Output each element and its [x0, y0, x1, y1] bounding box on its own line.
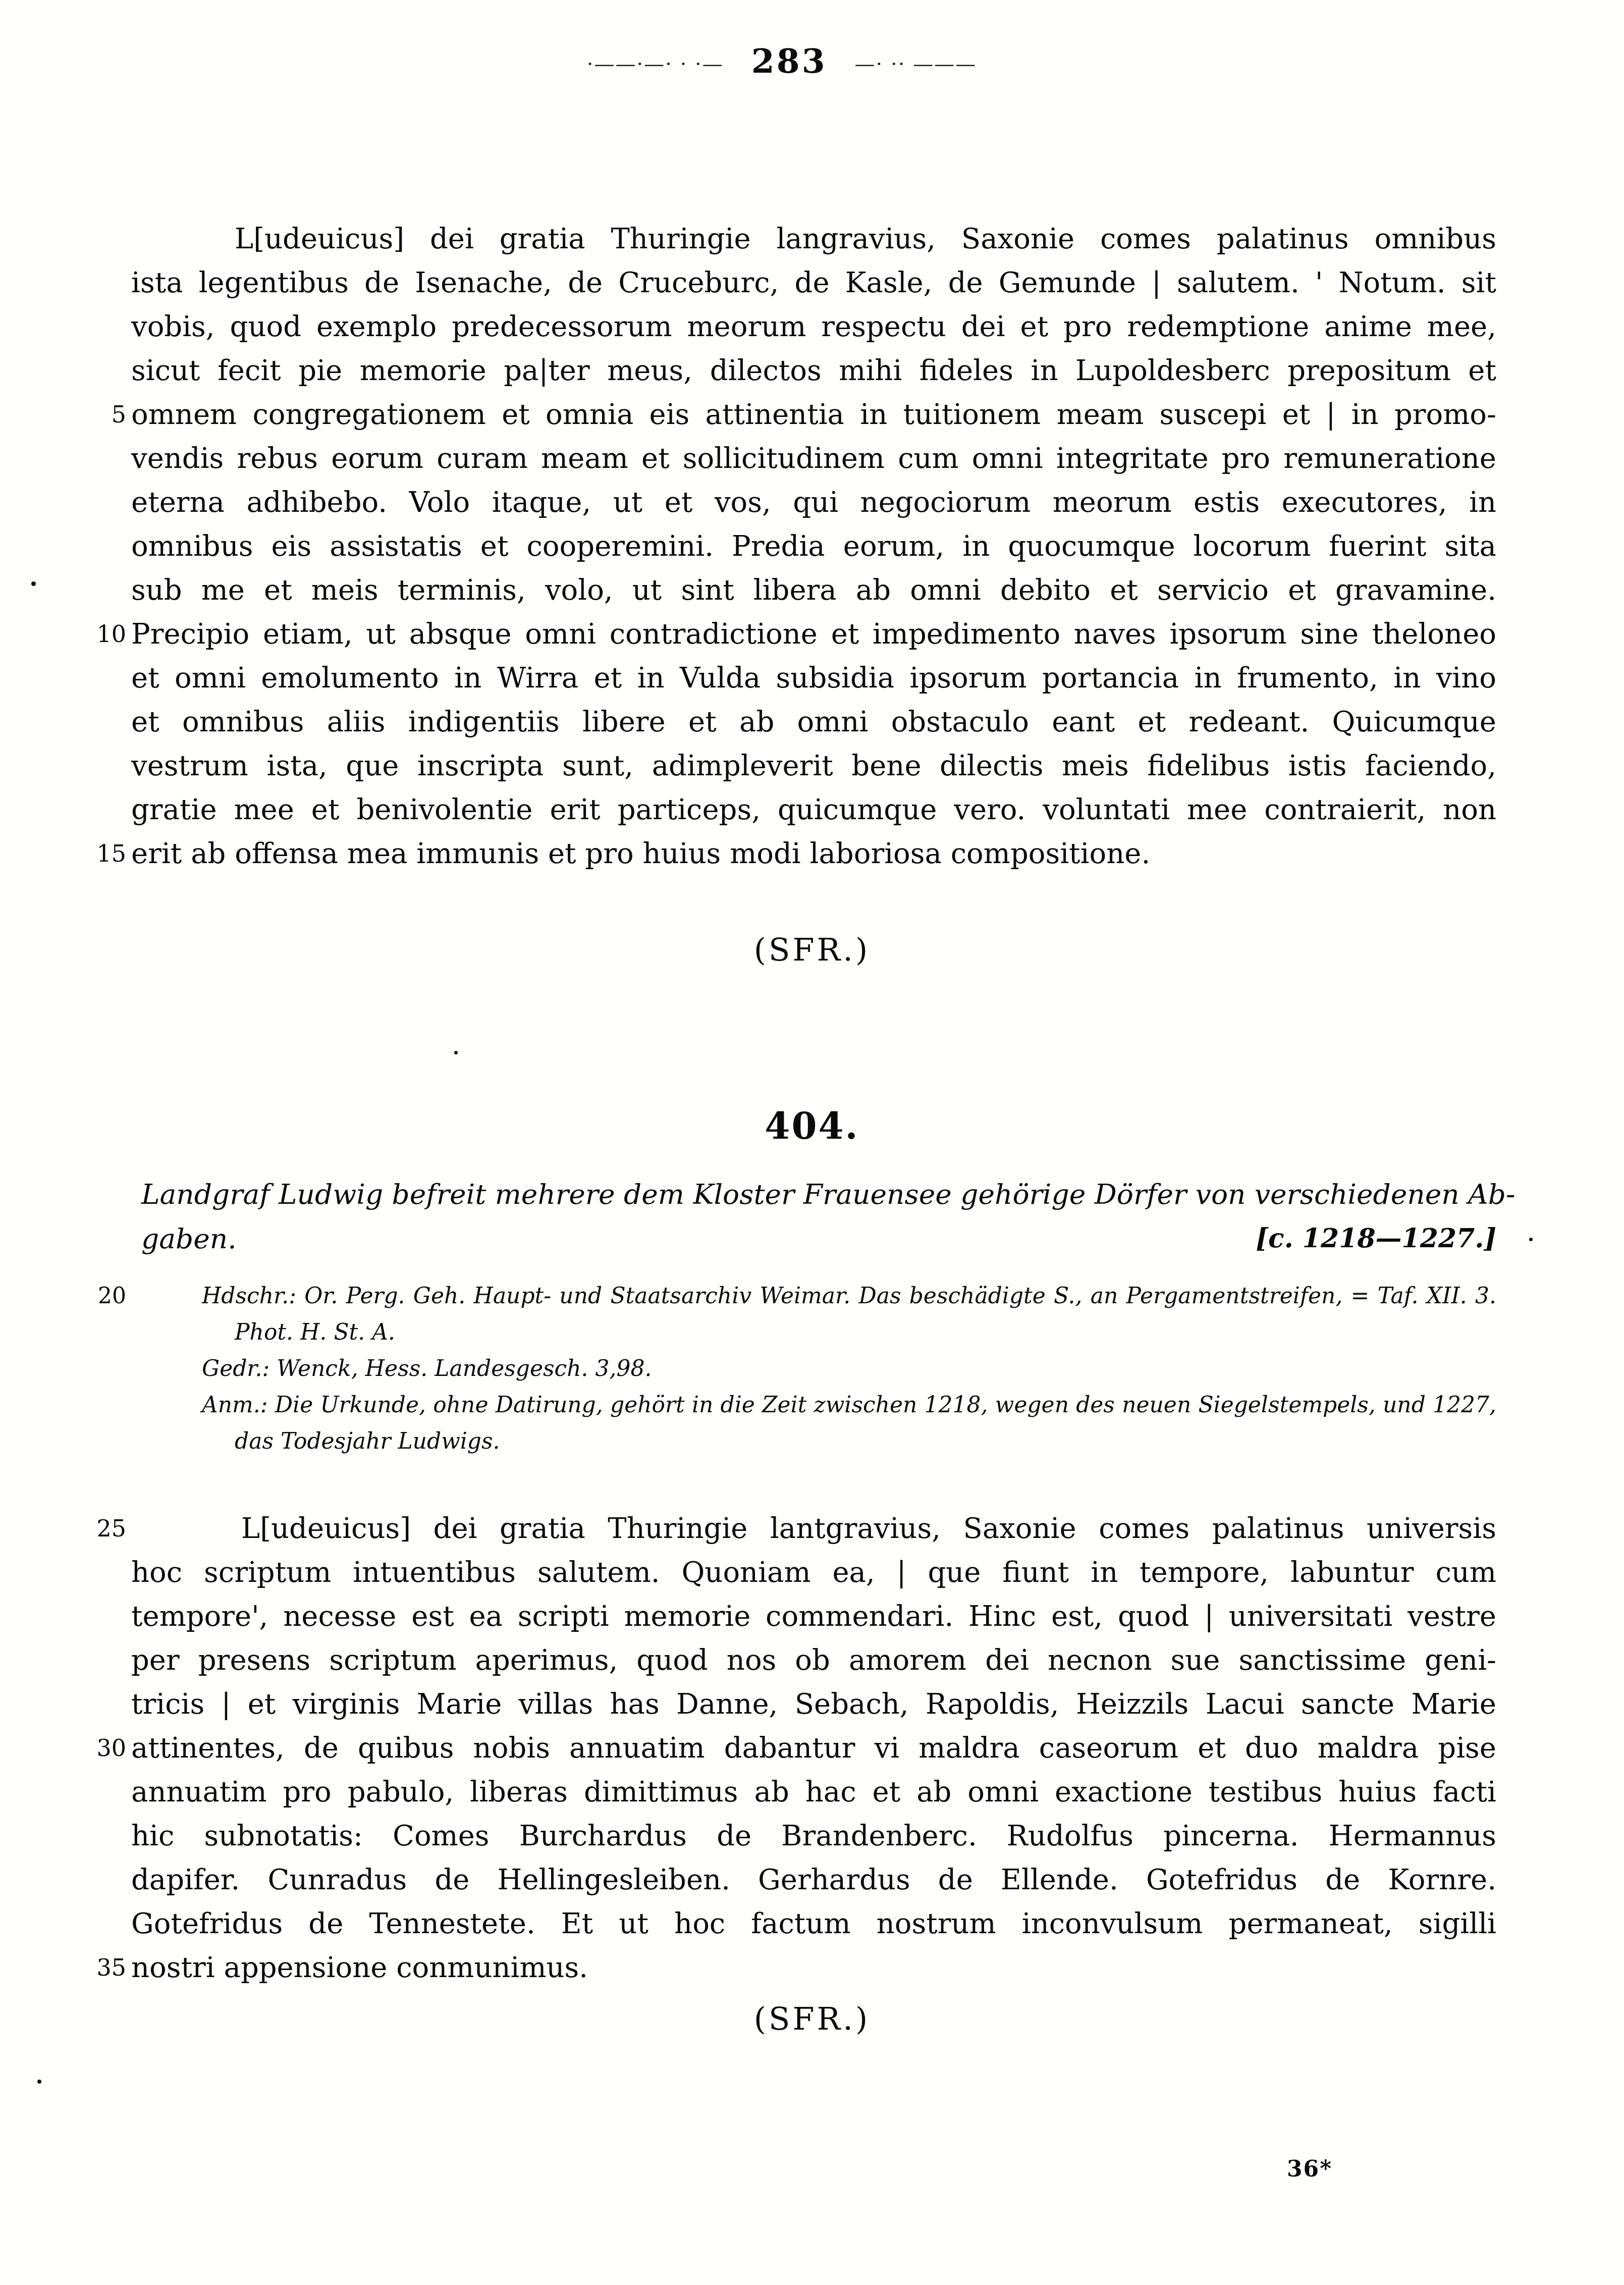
apparatus-line-gedr: Gedr.: Wenck, Hess. Landesgesch. 3,98.: [202, 1351, 1496, 1387]
text-line: vendis rebus eorum curam meam et sollici…: [131, 437, 1496, 481]
text-line: 25L[udeuicus] dei gratia Thuringie lantg…: [131, 1507, 1496, 1551]
header-rule-left: ·——·—· · ·—: [587, 52, 724, 76]
margin-line-number: 30: [76, 1726, 126, 1770]
margin-line-number: 25: [76, 1507, 126, 1551]
scanned-page: ·——·—· · ·— 283 —· ·· ——— L[udeuicus] de…: [0, 0, 1624, 2285]
margin-line-number: 20: [76, 1278, 126, 1314]
text-line: Gotefridus de Tennestete. Et ut hoc fact…: [131, 1902, 1496, 1946]
page-header: ·——·—· · ·— 283 —· ·· ———: [0, 41, 1594, 81]
ink-speck: [1529, 1238, 1533, 1241]
text-line: vobis, quod exemplo predecessorum meorum…: [131, 305, 1496, 349]
text-line: 35nostri appensione conmunimus.: [131, 1946, 1496, 1990]
charter-404-body: 25L[udeuicus] dei gratia Thuringie lantg…: [131, 1507, 1496, 1990]
charter-403-body: L[udeuicus] dei gratia Thuringie langrav…: [131, 217, 1496, 876]
regest-line: Landgraf Ludwig befreit mehrere dem Klos…: [141, 1172, 1496, 1216]
charter-404-regest: Landgraf Ludwig befreit mehrere dem Klos…: [141, 1172, 1496, 1261]
text-line: vestrum ista, que inscripta sunt, adimpl…: [131, 744, 1496, 788]
text-line: annuatim pro pabulo, liberas dimittimus …: [131, 1770, 1496, 1814]
text-line: sicut fecit pie memorie pa|ter meus, dil…: [131, 349, 1496, 393]
apparatus-line-anm-cont: das Todesjahr Ludwigs.: [235, 1423, 1496, 1460]
text-line: gratie mee et benivolentie erit particep…: [131, 788, 1496, 832]
header-rule-right: —· ·· ———: [855, 52, 977, 76]
text-line: tempore', necesse est ea scripti memorie…: [131, 1595, 1496, 1638]
text-line: omnibus eis assistatis et cooperemini. P…: [131, 524, 1496, 568]
apparatus-line-phot: Phot. H. St. A.: [235, 1314, 1496, 1351]
apparatus-line-hdschr: 20Hdschr.: Or. Perg. Geh. Haupt- und Sta…: [202, 1278, 1496, 1314]
text-line: et omni emolumento in Wirra et in Vulda …: [131, 656, 1496, 700]
ink-speck: [31, 581, 36, 586]
ink-speck: [454, 1051, 458, 1054]
text-line: 30attinentes, de quibus nobis annuatim d…: [131, 1726, 1496, 1770]
text-line: dapifer. Cunradus de Hellingesleiben. Ge…: [131, 1858, 1496, 1902]
page-number: 283: [751, 41, 827, 81]
seal-mark-404: (SFR.): [0, 2000, 1624, 2037]
margin-line-number: 5: [76, 393, 126, 437]
sheet-signature: 36*: [1287, 2156, 1332, 2182]
text-line: sub me et meis terminis, volo, ut sint l…: [131, 568, 1496, 612]
text-line: et omnibus aliis indigentiis libere et a…: [131, 700, 1496, 744]
text-line: 15erit ab offensa mea immunis et pro hui…: [131, 832, 1496, 876]
text-line: per presens scriptum aperimus, quod nos …: [131, 1638, 1496, 1682]
text-line: tricis | et virginis Marie villas has Da…: [131, 1682, 1496, 1726]
text-line: ista legentibus de Isenache, de Crucebur…: [131, 261, 1496, 305]
text-line: 5omnem congregationem et omnia eis attin…: [131, 393, 1496, 437]
text-line: hoc scriptum intuentibus salutem. Quonia…: [131, 1551, 1496, 1595]
margin-line-number: 15: [76, 832, 126, 876]
ink-speck: [37, 2080, 41, 2084]
apparatus-line-anm: Anm.: Die Urkunde, ohne Datirung, gehört…: [202, 1387, 1496, 1423]
seal-mark-403: (SFR.): [0, 931, 1624, 968]
text-line: eterna adhibebo. Volo itaque, ut et vos,…: [131, 481, 1496, 524]
text-line: hic subnotatis: Comes Burchardus de Bran…: [131, 1814, 1496, 1858]
charter-404-apparatus: 20Hdschr.: Or. Perg. Geh. Haupt- und Sta…: [131, 1278, 1496, 1460]
date-range: [c. 1218—1227.]: [1256, 1216, 1496, 1261]
text-line: 10Precipio etiam, ut absque omni contrad…: [131, 612, 1496, 656]
text-line: L[udeuicus] dei gratia Thuringie langrav…: [131, 217, 1496, 261]
margin-line-number: 10: [76, 612, 126, 656]
margin-line-number: 35: [76, 1946, 126, 1990]
charter-404-number: 404.: [0, 1104, 1624, 1147]
